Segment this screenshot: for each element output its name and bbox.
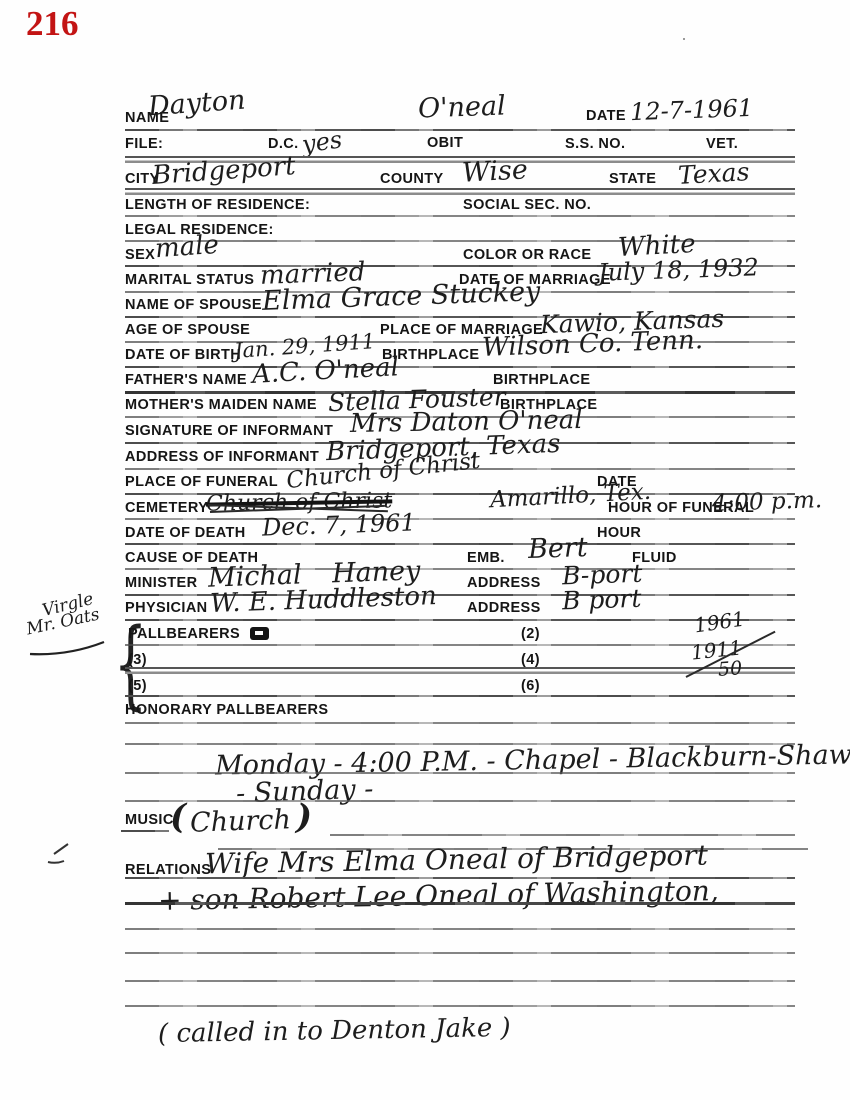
- field-music-value: Church: [190, 806, 292, 837]
- field-emb-value: Bert: [528, 534, 588, 563]
- field-county-label: COUNTY: [380, 172, 444, 188]
- field-date-label: DATE: [586, 109, 626, 125]
- field-music-label: MUSIC: [125, 813, 174, 829]
- field-physician-addr-label: ADDRESS: [467, 601, 541, 617]
- field-physician-addr-value: B port: [562, 586, 642, 614]
- field-death-date-label: DATE OF DEATH: [125, 526, 246, 542]
- rule-line: [125, 215, 795, 217]
- field-spouse-age-label: AGE OF SPOUSE: [125, 323, 250, 339]
- age-calc-top: 1961: [693, 609, 746, 636]
- rule-line: [125, 902, 795, 905]
- field-relations-line1: Wife Mrs Elma Oneal of Bridgeport: [205, 842, 708, 879]
- rule-line: [125, 952, 795, 954]
- field-slot2-label: (2): [521, 627, 540, 643]
- field-spouse-value: Elma Grace Stuckey: [262, 278, 541, 315]
- field-vet-label: VET.: [706, 137, 738, 153]
- rule-line: [125, 1005, 795, 1007]
- field-father-label: FATHER'S NAME: [125, 373, 247, 389]
- field-birthplace-value: Wilson Co. Tenn.: [482, 327, 704, 361]
- field-name-first-value: Dayton: [147, 87, 246, 121]
- field-death-date-value: Dec. 7, 1961: [262, 510, 416, 539]
- page-number: 216: [26, 4, 79, 44]
- margin-note-flourish: [28, 638, 108, 658]
- field-mother-label: MOTHER'S MAIDEN NAME: [125, 398, 317, 414]
- field-emb-label: EMB.: [467, 551, 505, 567]
- field-slot6-label: (6): [521, 679, 540, 695]
- rule-line: [125, 772, 795, 774]
- margin-scribble: [44, 840, 84, 870]
- rule-line: [125, 800, 795, 802]
- music-paren-open: (: [170, 800, 186, 834]
- field-slot5-label: (5): [128, 679, 147, 695]
- field-name-last-value: O'neal: [418, 92, 507, 122]
- field-informant-label: SIGNATURE OF INFORMANT: [125, 424, 333, 440]
- field-state-label: STATE: [609, 172, 656, 188]
- field-race-label: COLOR OR RACE: [463, 248, 591, 264]
- rule-line: [125, 722, 795, 724]
- rule-line: [330, 834, 795, 836]
- field-socialsec-label: SOCIAL SEC. NO.: [463, 198, 591, 214]
- rule-line: [125, 366, 795, 368]
- ink-stamp-icon: [250, 627, 269, 640]
- field-date-value: 12-7-1961: [630, 96, 754, 124]
- field-informant-addr-label: ADDRESS OF INFORMANT: [125, 450, 319, 466]
- field-county-value: Wise: [461, 156, 528, 186]
- age-calc-result: 50: [717, 659, 742, 680]
- rule-line: [125, 518, 795, 520]
- field-state-value: Texas: [677, 159, 750, 188]
- field-sex-value: male: [154, 232, 220, 262]
- field-sex-label: SEX: [125, 248, 155, 264]
- field-obit-label: OBIT: [427, 136, 463, 152]
- rule-line: [125, 543, 795, 545]
- scanned-funeral-record: 216 NAME Dayton O'neal DATE 12-7-1961 FI…: [0, 0, 850, 1100]
- rule-line: [125, 928, 795, 930]
- margin-note-line2: Mr. Oats: [25, 606, 101, 638]
- field-pallbearers-label: PALLBEARERS: [128, 627, 240, 643]
- rule-line: [125, 980, 795, 982]
- field-dc-value: yes: [301, 127, 344, 156]
- field-file-label: FILE:: [125, 137, 163, 153]
- field-relations-line2: + son Robert Lee Oneal of Washington,: [158, 877, 719, 915]
- rule-line: [125, 695, 795, 697]
- field-father-birthplace-label: BIRTHPLACE: [493, 373, 590, 389]
- schedule-note-line1: Monday - 4:00 P.M. - Chapel - Blackburn-…: [215, 741, 850, 779]
- rule-line: [125, 129, 795, 131]
- field-cemetery-label: CEMETERY: [125, 501, 208, 517]
- music-paren-close: ): [296, 800, 312, 834]
- field-ssno-label: S.S. NO.: [565, 137, 625, 153]
- field-dob-label: DATE OF BIRTH: [125, 348, 241, 364]
- bottom-note: ( called in to Denton Jake ): [158, 1015, 511, 1047]
- field-father-value: A.C. O'neal: [251, 354, 399, 388]
- field-marital-label: MARITAL STATUS: [125, 273, 254, 289]
- field-residence-label: LENGTH OF RESIDENCE:: [125, 198, 310, 214]
- field-hour-label: HOUR: [597, 526, 641, 542]
- music-label-underline: [121, 830, 169, 832]
- field-minister-addr-label: ADDRESS: [467, 576, 541, 592]
- field-minister-label: MINISTER: [125, 576, 197, 592]
- field-honorary-label: HONORARY PALLBEARERS: [125, 703, 329, 719]
- field-spouse-label: NAME OF SPOUSE: [125, 298, 262, 314]
- field-physician-value: W. E. Huddleston: [210, 583, 438, 617]
- rule-line-double: [125, 188, 795, 195]
- field-funeral-place-label: PLACE OF FUNERAL: [125, 475, 278, 491]
- scan-speck: [683, 38, 685, 40]
- field-funeral-hour-value: 4:00 p.m.: [712, 489, 823, 516]
- field-marriage-date-value: July 18, 1932: [598, 255, 760, 285]
